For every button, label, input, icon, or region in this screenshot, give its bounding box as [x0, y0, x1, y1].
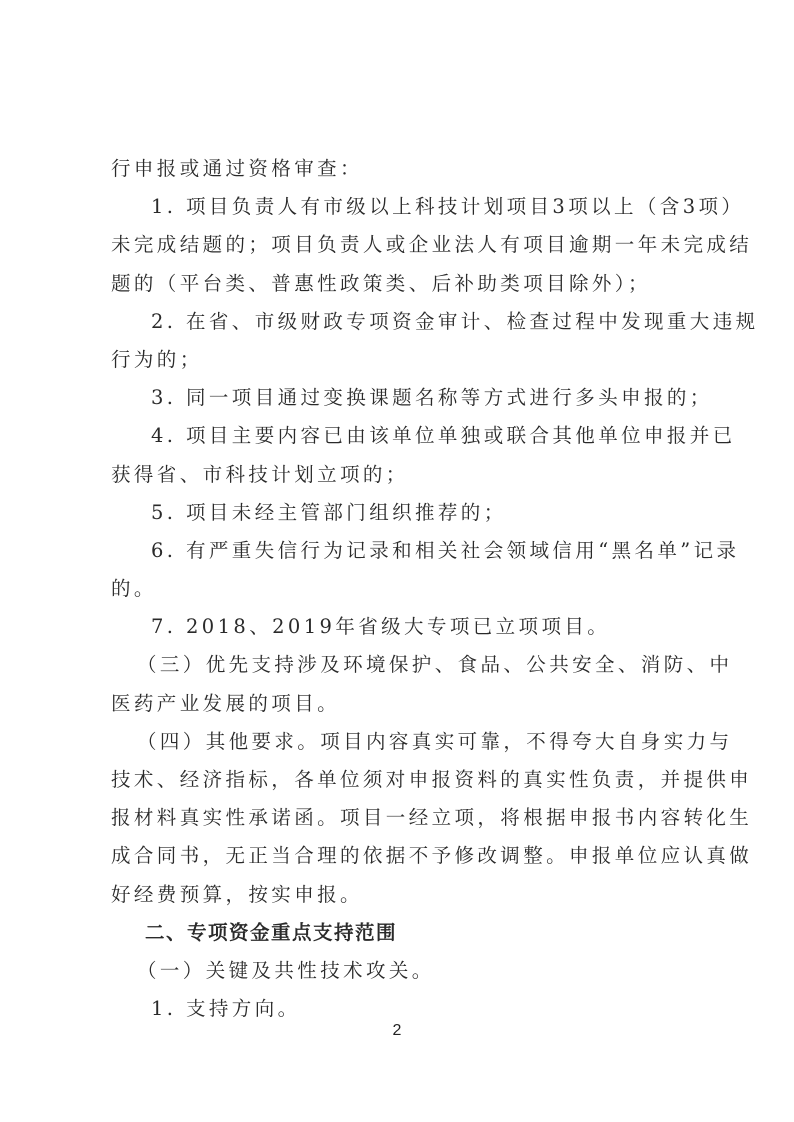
text-line: 题的（平台类、普惠性政策类、后补助类项目除外）；	[111, 265, 699, 303]
text-line: 成合同书，无正当合理的依据不予修改调整。申报单位应认真做	[111, 837, 699, 875]
subsection-heading: （一）关键及共性技术攻关。	[111, 952, 699, 990]
list-item-6: 6. 有严重失信行为记录和相关社会领域信用“黑名单”记录	[111, 532, 699, 570]
list-item-3: 3. 同一项目通过变换课题名称等方式进行多头申报的；	[111, 379, 699, 417]
text-line: 行为的；	[111, 341, 699, 379]
list-item-7: 7. 2018、2019年省级大专项已立项项目。	[111, 608, 699, 646]
text-line: 报材料真实性承诺函。项目一经立项，将根据申报书内容转化生	[111, 799, 699, 837]
text-line: 技术、经济指标，各单位须对申报资料的真实性负责，并提供申	[111, 761, 699, 799]
page-number: 2	[0, 1022, 794, 1040]
text-line: 未完成结题的；项目负责人或企业法人有项目逾期一年未完成结	[111, 226, 699, 264]
text-line: 的。	[111, 570, 699, 608]
section-three-paragraph: （三）优先支持涉及环境保护、食品、公共安全、消防、中	[111, 646, 699, 684]
list-item-4: 4. 项目主要内容已由该单位单独或联合其他单位申报并已	[111, 417, 699, 455]
document-page: 行申报或通过资格审查： 1. 项目负责人有市级以上科技计划项目3项以上（含3项）…	[111, 150, 699, 1028]
list-item-5: 5. 项目未经主管部门组织推荐的；	[111, 494, 699, 532]
section-heading: 二、专项资金重点支持范围	[111, 914, 699, 952]
list-item-2: 2. 在省、市级财政专项资金审计、检查过程中发现重大违规	[111, 303, 699, 341]
text-line: 获得省、市科技计划立项的；	[111, 456, 699, 494]
text-line: 医药产业发展的项目。	[111, 685, 699, 723]
text-line: 好经费预算，按实申报。	[111, 876, 699, 914]
list-item-1: 1. 项目负责人有市级以上科技计划项目3项以上（含3项）	[111, 188, 699, 226]
section-four-paragraph: （四）其他要求。项目内容真实可靠，不得夸大自身实力与	[111, 723, 699, 761]
text-line: 行申报或通过资格审查：	[111, 150, 699, 188]
